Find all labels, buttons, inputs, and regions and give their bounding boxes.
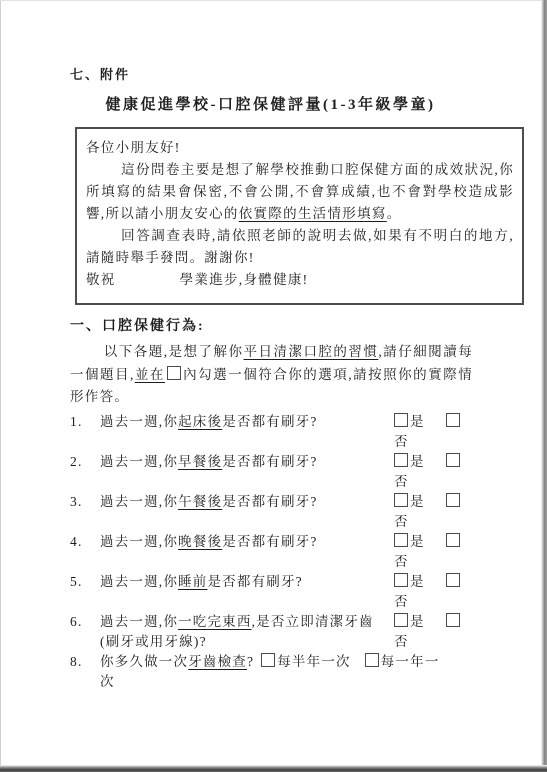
question-text-post: 是否都有刷牙? [222,534,317,549]
question-row: 8. 你多久做一次牙齒檢查?每半年一次每一年一次 [70,652,526,692]
greeting-line: 各位小朋友好! [86,137,514,159]
yes-label: 是 [410,614,425,629]
no-label: 否 [394,552,526,572]
no-label: 否 [394,592,526,612]
question-number: 2. [70,452,100,472]
no-checkbox[interactable] [446,613,460,627]
question-text-pre: 過去一週,你 [100,534,178,549]
question-row: 2. 過去一週,你早餐後是否都有刷牙? 是 否 [70,452,526,492]
answer-options: 是 否 [393,452,526,492]
underlined-phrase: 起床後 [178,414,222,429]
no-label: 否 [394,432,526,452]
question-text: 過去一週,你一吃完東西,是否立即清潔牙齒(刷牙或用牙線)? [100,612,393,652]
yes-checkbox[interactable] [394,573,408,587]
question-number: 5. [70,572,100,592]
yes-label: 是 [410,414,425,429]
question-number: 3. [70,492,100,512]
question-text-post: 是否都有刷牙? [222,414,317,429]
question-text: 你多久做一次牙齒檢查?每半年一次每一年一次 [100,652,454,692]
question-text: 過去一週,你午餐後是否都有刷牙? [100,492,393,512]
no-checkbox[interactable] [446,493,460,507]
yes-checkbox[interactable] [394,613,408,627]
instruction-text: 以下各題,是想了解你 [104,344,244,359]
closing-salute: 敬祝 [86,272,116,287]
page-edge-shadow-right [541,0,547,772]
section-one-heading: 一、口腔保健行為: [70,315,205,335]
closing-wish: 學業進步,身體健康! [180,272,309,287]
question-row: 4. 過去一週,你晚餐後是否都有刷牙? 是 否 [70,532,526,572]
question-row: 5. 過去一週,你睡前是否都有刷牙? 是 否 [70,572,526,612]
no-checkbox[interactable] [446,573,460,587]
paragraph-text: 。 [387,206,402,221]
answer-options: 是 否 [393,492,526,532]
question-text-pre: 你多久做一次 [100,654,188,669]
question-row: 6. 過去一週,你一吃完東西,是否立即清潔牙齒(刷牙或用牙線)? 是 否 [70,612,526,652]
yes-label: 是 [410,454,425,469]
question-text: 過去一週,你晚餐後是否都有刷牙? [100,532,393,552]
option-checkbox[interactable] [365,653,379,667]
yes-checkbox[interactable] [394,493,408,507]
underlined-phrase: 晚餐後 [178,534,222,549]
question-number: 4. [70,532,100,552]
question-text-pre: 過去一週,你 [100,454,178,469]
underlined-phrase: 睡前 [178,574,207,589]
answer-options: 是 否 [393,572,526,612]
answer-options: 是 否 [393,412,526,452]
no-checkbox[interactable] [446,453,460,467]
question-text-pre: 過去一週,你 [100,574,178,589]
yes-label: 是 [410,494,425,509]
question-number: 1. [70,412,100,432]
question-row: 1. 過去一週,你起床後是否都有刷牙? 是 否 [70,412,526,452]
underlined-phrase: 早餐後 [178,454,222,469]
option-label: 每半年一次 [277,654,351,669]
yes-label: 是 [410,574,425,589]
question-text: 過去一週,你睡前是否都有刷牙? [100,572,393,592]
question-text-pre: 過去一週,你 [100,494,178,509]
answer-options: 是 否 [393,612,526,652]
question-text-post: 是否都有刷牙? [222,494,317,509]
answer-options: 是 否 [393,532,526,572]
underlined-phrase: 依實際的生活情形填寫 [239,206,387,221]
underlined-phrase: 平日清潔口腔的習慣 [244,344,379,359]
document-title: 健康促進學校-口腔保健評量(1-3年級學童) [0,93,541,114]
no-label: 否 [394,632,526,652]
question-text-pre: 過去一週,你 [100,414,178,429]
option-checkbox[interactable] [261,653,275,667]
no-checkbox[interactable] [446,533,460,547]
page-edge-top [0,0,547,1]
question-row: 3. 過去一週,你午餐後是否都有刷牙? 是 否 [70,492,526,532]
question-text-post: ? [247,654,254,669]
page-edge-left [0,0,1,772]
underlined-phrase: 午餐後 [178,494,222,509]
yes-label: 是 [410,534,425,549]
question-text: 過去一週,你早餐後是否都有刷牙? [100,452,393,472]
checkbox-icon [167,366,181,380]
no-label: 否 [394,512,526,532]
yes-checkbox[interactable] [394,453,408,467]
intro-paragraph-1: 這份問卷主要是想了解學校推動口腔保健方面的成效狀況,你所填寫的結果會保密,不會公… [86,159,514,225]
page-edge-shadow-bottom [0,765,547,772]
question-text-post: 是否都有刷牙? [207,574,302,589]
question-list: 1. 過去一週,你起床後是否都有刷牙? 是 否 2. 過去一週,你早餐後是否都有… [70,412,526,692]
question-text: 過去一週,你起床後是否都有刷牙? [100,412,393,432]
yes-checkbox[interactable] [394,413,408,427]
closing-line: 敬祝學業進步,身體健康! [86,269,514,291]
intro-paragraph-2: 回答調查表時,請依照老師的說明去做,如果有不明白的地方,請隨時舉手發問。謝謝你! [86,225,514,269]
appendix-label: 七、附件 [70,64,130,83]
no-checkbox[interactable] [446,413,460,427]
no-label: 否 [394,472,526,492]
scanned-document-page: 七、附件 健康促進學校-口腔保健評量(1-3年級學童) 各位小朋友好! 這份問卷… [0,0,547,772]
yes-checkbox[interactable] [394,533,408,547]
intro-box: 各位小朋友好! 這份問卷主要是想了解學校推動口腔保健方面的成效狀況,你所填寫的結… [75,127,524,305]
question-text-post: 是否都有刷牙? [222,454,317,469]
question-number: 8. [70,652,100,672]
question-number: 6. [70,612,100,632]
question-text-pre: 過去一週,你 [100,614,178,629]
underlined-phrase: 並在 [135,367,165,382]
underlined-phrase: 一吃完東西 [178,614,252,629]
underlined-phrase: 牙齒檢查 [188,654,247,669]
section-instructions: 以下各題,是想了解你平日清潔口腔的習慣,請仔細閱讀每一個題目,並在內勾選一個符合… [70,341,473,409]
